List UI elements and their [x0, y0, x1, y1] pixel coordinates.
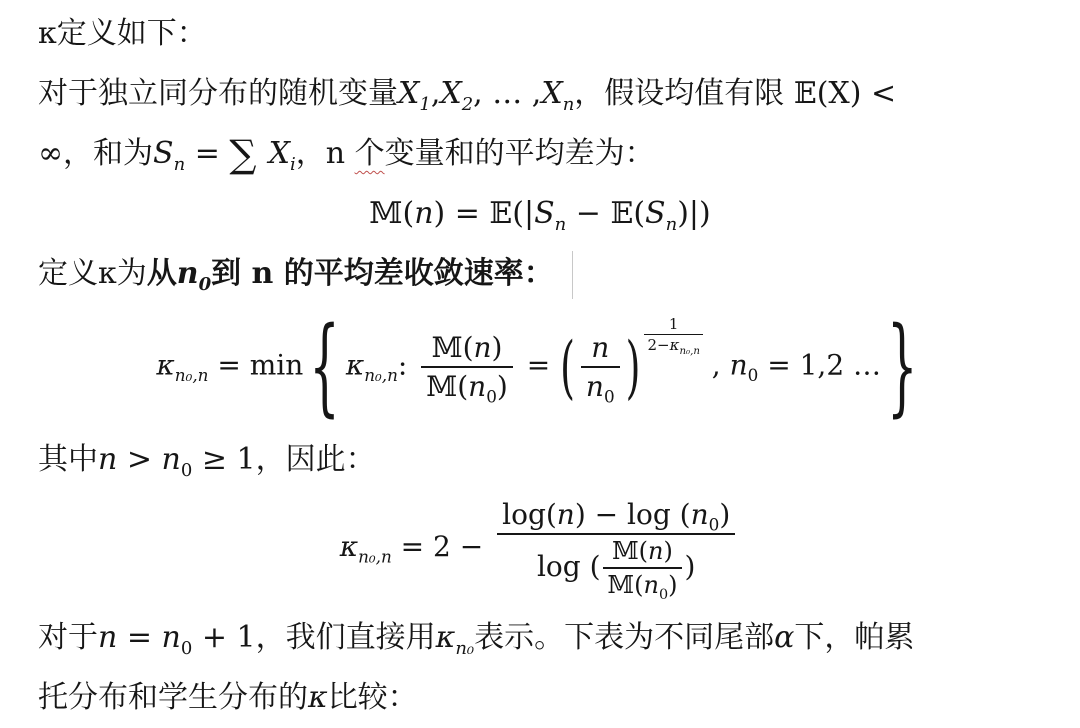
- fraction-numerator: 𝕄(n): [421, 331, 513, 366]
- formula-content: κn₀,n = min{κn₀,n: 𝕄(n)𝕄(n0) = (nn0)12−κ…: [156, 331, 923, 403]
- math-kappa: κ: [346, 349, 364, 382]
- math-sub-n0n: n₀,n: [358, 547, 392, 567]
- inner-fraction-M-ratio: 𝕄(n)𝕄(n0): [603, 537, 683, 600]
- math-M-open: 𝕄(: [608, 571, 644, 599]
- paragraph-kappa-intro: κ定义如下：: [38, 4, 1042, 64]
- math-comma: ,: [431, 76, 441, 111]
- intro-text: κ定义如下：: [38, 16, 207, 51]
- math-n: n: [162, 442, 181, 477]
- fraction-denominator: 𝕄(n0): [421, 366, 513, 404]
- math-infinity: ∞: [38, 136, 63, 171]
- math-expectation-finite: 𝔼(X) <: [794, 76, 896, 111]
- math-bold-sub-0: 0: [199, 274, 212, 295]
- math-n: n: [98, 620, 117, 655]
- math-sub-n0n: n₀,n: [679, 346, 699, 357]
- math-equals: =: [208, 349, 249, 382]
- document-page: κ定义如下： 对于独立同分布的随机变量X1,X2, … ,Xn，假设均值有限 𝔼…: [0, 0, 1080, 728]
- math-close: ): [492, 331, 503, 364]
- math-sub-n: n: [563, 94, 575, 115]
- math-n: n: [648, 537, 663, 565]
- math-sub-0: 0: [181, 460, 192, 481]
- math-n: n: [98, 442, 117, 477]
- fraction-denominator: n0: [581, 366, 620, 404]
- math-n: n: [730, 349, 748, 382]
- math-n: n: [691, 498, 709, 531]
- math-M-open: 𝕄(: [426, 370, 468, 403]
- zh-bold-rate-text: 到 n 的平均差收敛速率：: [211, 256, 554, 291]
- zh-text: 下，帕累: [794, 620, 914, 655]
- math-plus-one: + 1: [192, 620, 255, 655]
- math-n: n: [586, 370, 604, 403]
- formula-content: κn₀,n = 2 − log(n) − log (n0)log (𝕄(n)𝕄(…: [340, 498, 741, 599]
- fraction-numerator: log(n) − log (n0): [497, 498, 735, 533]
- math-sub-n: n: [555, 214, 567, 235]
- math-S: S: [645, 196, 666, 231]
- exponent-denominator: 2−κn₀,n: [644, 334, 702, 355]
- zh-text: ，: [296, 136, 326, 171]
- formula-mean-deviation: 𝕄(n) = 𝔼(|Sn − 𝔼(Sn)|): [38, 184, 1042, 244]
- math-eq-E-open-abs: ) = 𝔼(|: [434, 196, 535, 231]
- exponent-fraction: 12−κn₀,n: [644, 315, 702, 355]
- math-equals: =: [518, 349, 559, 382]
- exponent-numerator: 1: [644, 315, 702, 334]
- math-two-minus: 2−: [647, 336, 669, 354]
- left-curly-brace: {: [309, 305, 340, 428]
- zh-text: 比较：: [328, 680, 418, 715]
- math-X1: X: [398, 76, 419, 111]
- zh-text: ，因此：: [256, 442, 376, 477]
- math-sub-n: n: [174, 154, 186, 175]
- math-M-open: 𝕄(: [369, 196, 414, 231]
- math-n: n: [414, 196, 433, 231]
- math-kappa: κ: [670, 336, 680, 354]
- zh-text: 定义κ为: [38, 256, 147, 291]
- math-Xn: X: [541, 76, 562, 111]
- spellcheck-squiggle-word: 个: [355, 136, 385, 171]
- math-log-open: log (: [537, 550, 601, 583]
- zh-text: 对于: [38, 620, 98, 655]
- math-close-abs: )|): [677, 196, 711, 231]
- paragraph-iid-variables: 对于独立同分布的随机变量X1,X2, … ,Xn，假设均值有限 𝔼(X) <: [38, 64, 1042, 124]
- zh-bold-from: 从: [147, 256, 177, 291]
- paragraph-sum-definition: ∞，和为Sn = ∑ Xi，n 个变量和的平均差为：: [38, 124, 1042, 184]
- math-close: ): [684, 550, 695, 583]
- math-close: ): [497, 370, 508, 403]
- zh-text: 表示。下表为不同尾部: [474, 620, 774, 655]
- math-sub-0: 0: [604, 386, 615, 406]
- math-minus-E-open: − 𝔼(: [566, 196, 645, 231]
- math-equals: =: [117, 620, 161, 655]
- fraction-log-ratio: log(n) − log (n0)log (𝕄(n)𝕄(n0)): [497, 498, 735, 599]
- zh-text: 其中: [38, 442, 98, 477]
- math-sub-n0n: n₀,n: [175, 365, 209, 385]
- paragraph-kappa-rate-definition: 定义κ为从n0到 n 的平均差收敛速率：: [38, 244, 1042, 304]
- math-close: ): [719, 498, 730, 531]
- sigma-sum-symbol: ∑: [229, 132, 268, 176]
- math-sub-0: 0: [181, 638, 192, 659]
- zh-text: 托分布和学生分布的: [38, 680, 308, 715]
- zh-text: ，假设均值有限: [574, 76, 794, 111]
- zh-text: ，我们直接用: [256, 620, 436, 655]
- math-geq-one: ≥ 1: [192, 442, 255, 477]
- math-sub-n0n: n₀,n: [364, 365, 398, 385]
- math-n: n: [643, 571, 658, 599]
- math-equals: =: [185, 136, 229, 171]
- formula-kappa-min-definition: κn₀,n = min{κn₀,n: 𝕄(n)𝕄(n0) = (nn0)12−κ…: [38, 304, 1042, 430]
- math-equals-sequence: = 1,2 …: [758, 349, 881, 382]
- math-kappa: κ: [156, 349, 174, 382]
- math-greater: >: [117, 442, 161, 477]
- math-sub-1: 1: [419, 94, 430, 115]
- math-sub-n: n: [666, 214, 678, 235]
- paragraph-condition: 其中n > n0 ≥ 1，因此：: [38, 430, 1042, 490]
- math-colon: :: [398, 349, 416, 382]
- math-close: ): [664, 537, 673, 565]
- math-X: X: [269, 136, 290, 171]
- fraction-numerator: n: [581, 331, 620, 366]
- text-cursor: [572, 251, 573, 299]
- math-kappa: κ: [308, 680, 328, 715]
- formula-kappa-log-expression: κn₀,n = 2 − log(n) − log (n0)log (𝕄(n)𝕄(…: [38, 490, 1042, 608]
- math-sub-n0: n₀: [455, 638, 474, 659]
- math-minus-log-open: ) − log (: [575, 498, 691, 531]
- math-sub-0: 0: [486, 386, 497, 406]
- left-paren: (: [560, 327, 575, 406]
- math-comma: ,: [703, 349, 730, 382]
- math-equals-two-minus: = 2 −: [392, 531, 492, 564]
- math-min-operator: min: [250, 349, 304, 382]
- fraction-denominator: 𝕄(n0): [603, 567, 683, 600]
- math-sub-2: 2: [462, 94, 473, 115]
- math-M-open: 𝕄(: [432, 331, 474, 364]
- paragraph-table-intro-2: 托分布和学生分布的κ比较：: [38, 668, 1042, 728]
- math-ellipsis: , … ,: [473, 76, 541, 111]
- math-n: n: [591, 331, 609, 364]
- math-kappa: κ: [436, 620, 456, 655]
- fraction-M-ratio: 𝕄(n)𝕄(n0): [421, 331, 513, 403]
- math-S: S: [153, 136, 174, 171]
- math-M-open: 𝕄(: [612, 537, 648, 565]
- math-n: n: [474, 331, 492, 364]
- zh-text: 变量和的平均差为：: [385, 136, 655, 171]
- math-n: n: [557, 498, 575, 531]
- math-S: S: [534, 196, 555, 231]
- right-curly-brace: }: [887, 305, 918, 428]
- math-n: n: [162, 620, 181, 655]
- fraction-numerator: 𝕄(n): [603, 537, 683, 567]
- math-log-open: log(: [502, 498, 557, 531]
- math-sub-0: 0: [659, 587, 668, 603]
- math-alpha: α: [774, 620, 794, 655]
- math-close: ): [668, 571, 677, 599]
- fraction-denominator: log (𝕄(n)𝕄(n0)): [497, 533, 735, 600]
- right-paren: ): [626, 327, 641, 406]
- math-sub-0: 0: [748, 365, 759, 385]
- math-n: n: [468, 370, 486, 403]
- latin-n: n: [326, 136, 355, 171]
- math-X2: X: [440, 76, 461, 111]
- math-kappa: κ: [340, 531, 358, 564]
- math-sub-0: 0: [709, 515, 720, 535]
- paragraph-table-intro-1: 对于n = n0 + 1，我们直接用κn₀表示。下表为不同尾部α下，帕累: [38, 608, 1042, 668]
- zh-text: ，和为: [63, 136, 153, 171]
- zh-text: 对于独立同分布的随机变量: [38, 76, 398, 111]
- math-bold-n: n: [177, 256, 199, 291]
- fraction-n-ratio: nn0: [581, 331, 620, 403]
